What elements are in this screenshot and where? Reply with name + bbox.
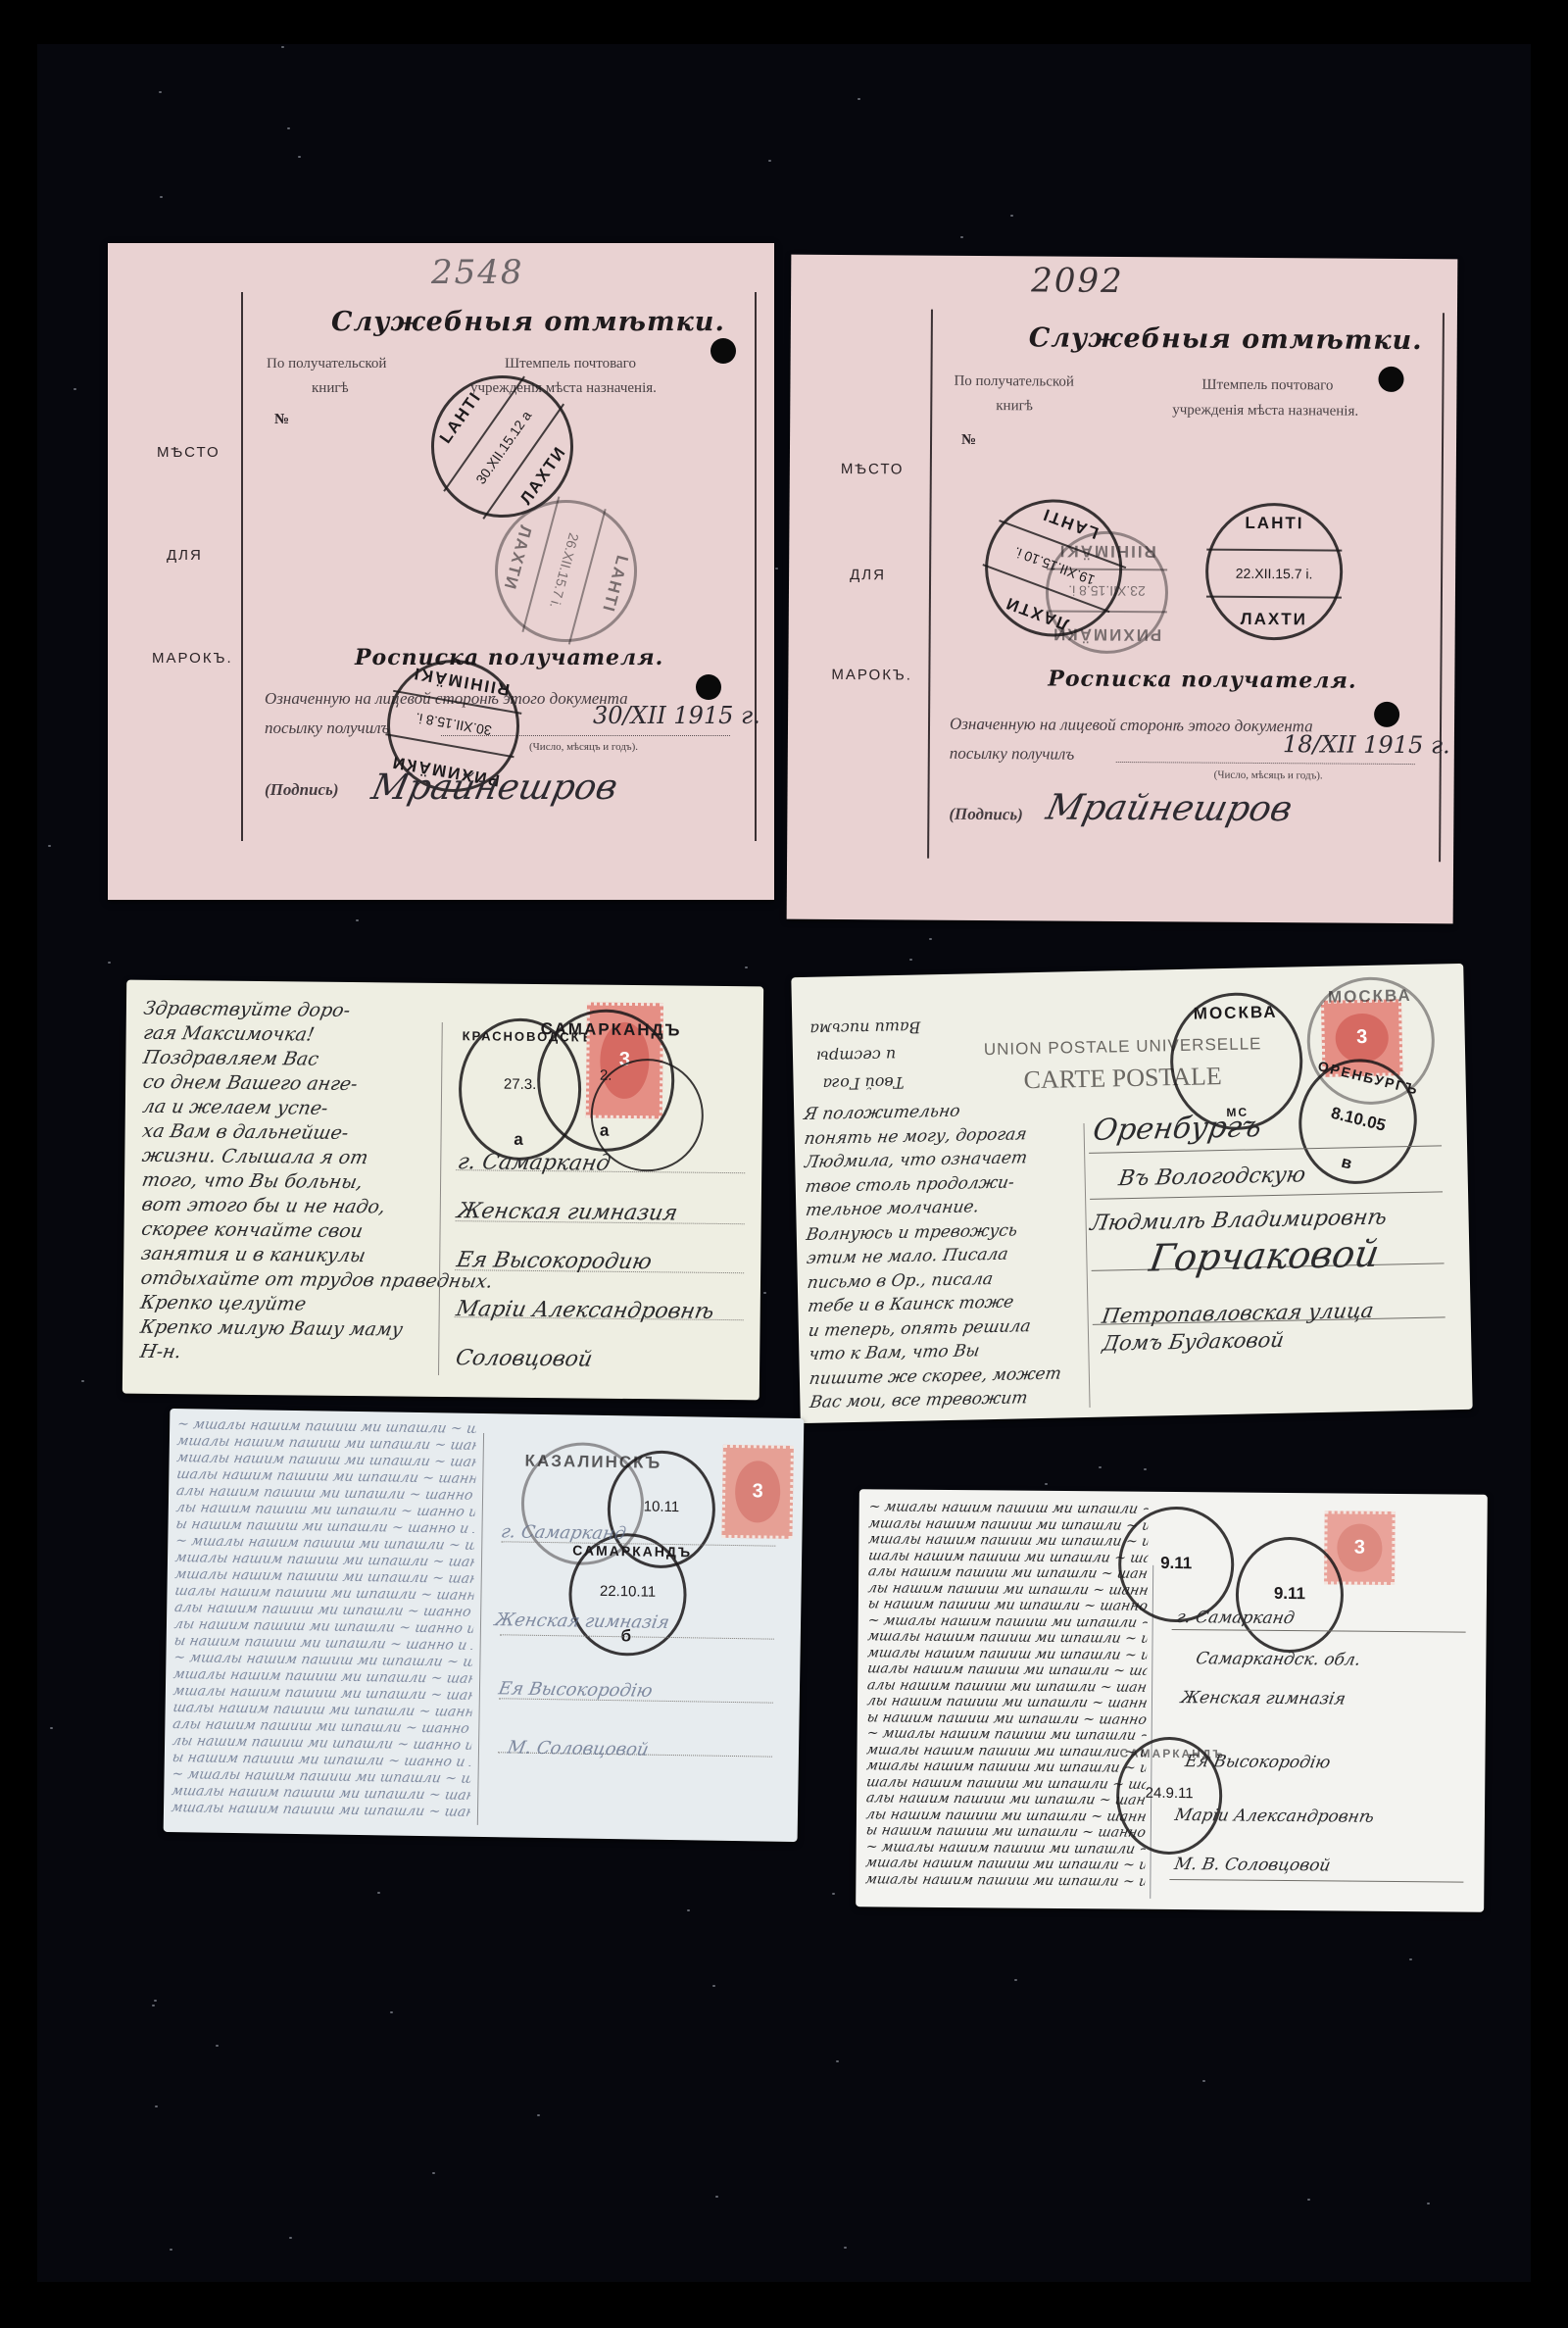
column-divider [241, 292, 243, 841]
address-line-text: г. Самарканд [1175, 1608, 1297, 1628]
handwritten-line: алы нашим пашиш ми шпашли ~ шанно и лмш … [865, 1790, 1148, 1808]
address-line-text: Горчаковой [1147, 1232, 1382, 1280]
address-line-text: Домъ Будаковой [1101, 1328, 1286, 1356]
postmark-riihimaki: РИХИМÄКИ 23.XII.15.8 і. RIIHIMÄKI [1046, 530, 1169, 654]
number-sign: № [274, 412, 289, 428]
dust-speck [1144, 1468, 1147, 1470]
postmark-lahti: LAHTI 22.XII.15.7 і. ЛАХТИ [1205, 503, 1344, 641]
book-label: По получательской [954, 373, 1074, 391]
dust-speck [377, 1892, 380, 1894]
dust-speck [298, 156, 301, 158]
dust-speck [844, 2247, 847, 2249]
handwritten-line: тельное молчание. [805, 1197, 981, 1220]
handwritten-line: Здравствуйте доро- [142, 998, 352, 1021]
dust-speck [836, 2060, 839, 2062]
parcel-receipt-1: 2548 Служебныя отмѣтки. По получательско… [108, 243, 774, 900]
handwritten-line: твое столь продолжи- [804, 1172, 1015, 1197]
dust-speck [1409, 1958, 1412, 1960]
dust-speck [1014, 1979, 1017, 1981]
handwritten-line: алы нашим пашиш ми шпашли ~ шанно и лмш … [866, 1677, 1149, 1695]
handwritten-line-upside-down: и сестры [816, 1046, 897, 1066]
handwritten-line: мшалы нашим пашиш ми шпашли ~ шанно и лм… [864, 1855, 1147, 1872]
handwritten-line: Ея Высокородию [455, 1248, 654, 1274]
serial-number: 2092 [1031, 261, 1124, 301]
handwritten-line-upside-down: Ваши письма [809, 1017, 920, 1038]
handwritten-line: ы нашим пашиш ми шпашли ~ шанно и лмш ш~… [866, 1596, 1149, 1613]
dust-speck [155, 2105, 158, 2107]
handwritten-line: Волнуюсь и тревожусь [805, 1220, 1018, 1245]
label-stamps: МАРОКЪ. [831, 667, 912, 684]
handwritten-line: понять не могу, дорогая [803, 1124, 1028, 1149]
handwritten-line: мшалы нашим пашиш ми шпашли ~ шанно и лм… [171, 1800, 472, 1820]
label-for: ДЛЯ [167, 547, 203, 564]
dust-speck [537, 2114, 540, 2116]
book-label-2: книгѣ [996, 398, 1033, 415]
handwritten-line: Соловцовой [454, 1346, 595, 1371]
dust-speck [687, 1909, 690, 1911]
postmark: 9.11 [1118, 1507, 1235, 1623]
dust-speck [390, 2011, 393, 2013]
dust-speck [712, 1985, 715, 1987]
handwritten-line: лы нашим пашиш ми шпашли ~ шанно и лмш ш… [866, 1693, 1149, 1710]
postmark: 9.11 [1235, 1537, 1344, 1654]
handwritten-line: ~ мшалы нашим пашиш ми шпашли ~ шанно и … [865, 1725, 1148, 1743]
dust-speck [1010, 215, 1013, 217]
handwritten-line: мшалы нашим пашиш ми шпашли ~ шанно и лм… [867, 1531, 1150, 1549]
handwritten-line-upside-down: Твой Гога [822, 1073, 904, 1094]
dust-speck [1045, 1483, 1048, 1485]
right-border [1439, 313, 1445, 862]
signature-label: (Подпись) [265, 780, 338, 800]
handwritten-line: и теперь, опять решила [807, 1316, 1032, 1341]
number-sign: № [961, 432, 976, 449]
dust-speck [832, 1893, 835, 1895]
handwritten-line: занятия и в каникулы [139, 1243, 367, 1266]
postage-stamp-3-kop: 3 [721, 1445, 793, 1539]
handwritten-line: ы нашим пашиш ми шпашли ~ шанно и лмш ш~… [864, 1822, 1147, 1840]
handwritten-line: что к Вам, что Вы [808, 1341, 981, 1364]
punch-hole [710, 338, 736, 364]
handwritten-line: Женская гимназия [455, 1199, 679, 1225]
label-stamps: МАРОКЪ. [152, 650, 233, 667]
date-hint: (Число, мѣсяцъ и годъ). [1214, 769, 1323, 782]
address-line-text: Ея Высокородію [497, 1678, 655, 1701]
address-line-text: Женская гимназія [493, 1610, 671, 1633]
address-line-text: М. В. Соловцовой [1173, 1855, 1333, 1875]
handwritten-line: этим не мало. Писала [806, 1245, 1009, 1268]
divider-line [1083, 1123, 1090, 1408]
handwritten-line: мшалы нашим пашиш ми шпашли ~ шанно и лм… [866, 1645, 1149, 1662]
address-line-text: Петропавловская улица [1101, 1299, 1376, 1328]
handwritten-line: Я положительно [803, 1102, 961, 1124]
handwritten-date: 18/XII 1915 г. [1283, 730, 1450, 759]
address-line-text: г. Самарканд [499, 1521, 627, 1544]
handwritten-line: вот этого бы и не надо, [140, 1194, 387, 1218]
dust-speck [154, 2000, 157, 2002]
address-line-text: Въ Вологодскую [1117, 1163, 1307, 1191]
address-line-text: М. Соловцовой [506, 1737, 651, 1759]
dust-speck [745, 966, 748, 968]
date-line [1116, 762, 1415, 765]
punch-hole [1378, 367, 1403, 392]
handwritten-line: того, что Вы больны, [140, 1169, 365, 1193]
handwritten-line: мшалы нашим пашиш ми шпашли ~ шанно и лм… [865, 1742, 1148, 1759]
postcard-samarkand-2: ~ мшалы нашим пашиш ми шпашли ~ шанно и … [164, 1409, 805, 1842]
handwritten-line: ха Вам в дальнейше- [141, 1120, 351, 1144]
handwritten-line: ла и желаем успе- [141, 1096, 330, 1119]
punch-hole [1374, 702, 1399, 727]
date-hint: (Число, мѣсяцъ и годъ). [529, 741, 638, 753]
dust-speck [909, 959, 912, 961]
dust-speck [48, 845, 51, 847]
handwritten-line: шалы нашим пашиш ми шпашли ~ шанно и лмш… [865, 1774, 1148, 1792]
column-divider [927, 310, 933, 859]
address-line [1090, 1191, 1443, 1200]
postcard-orenburg: UNION POSTALE UNIVERSELLE CARTE POSTALE … [791, 964, 1472, 1423]
handwritten-line: шалы нашим пашиш ми шпашли ~ шанно и лмш… [867, 1548, 1150, 1565]
book-label-2: книгѣ [312, 380, 349, 397]
handwritten-line: Людмила, что означает [804, 1148, 1029, 1172]
dust-speck [432, 2172, 435, 2174]
handwritten-line: гая Максимочка! [142, 1022, 317, 1046]
address-line [1169, 1879, 1463, 1883]
stamp-label: Штемпель почтоваго [505, 356, 636, 372]
address-line-text: Маріи Александровнѣ [1173, 1806, 1376, 1827]
handwritten-line: ~ мшалы нашим пашиш ми шпашли ~ шанно и … [864, 1839, 1147, 1857]
dust-speck [768, 160, 771, 162]
handwritten-line: мшалы нашим пашиш ми шпашли ~ шанно и лм… [865, 1758, 1148, 1775]
handwritten-line: Маріи Александровнѣ [454, 1297, 715, 1324]
recipient-signature: Мрайнешров [1043, 788, 1296, 830]
handwritten-line: лы нашим пашиш ми шпашли ~ шанно и лмш ш… [864, 1807, 1147, 1824]
dust-speck [287, 127, 290, 129]
address-line-text: Оренбургъ [1091, 1110, 1264, 1148]
dust-speck [775, 568, 778, 570]
handwritten-line: скорее кончайте свои [140, 1218, 366, 1242]
divider-line [438, 1022, 443, 1375]
handwritten-line: Крепко милую Вашу маму [138, 1316, 404, 1341]
divider-line [477, 1433, 484, 1825]
dust-speck [1307, 2199, 1310, 2201]
dust-speck [715, 2196, 718, 2198]
receipt-text-2: посылку получилъ [950, 744, 1075, 765]
address-line-text: Ея Высокородію [1184, 1752, 1333, 1772]
stamp-label: Штемпель почтоваго [1201, 377, 1333, 395]
dust-speck [857, 98, 860, 100]
postmark-samarkand: САМАРКАНДЪ 22.10.11 б [568, 1532, 688, 1657]
receipt-heading: Росписка получателя. [1048, 666, 1356, 693]
dust-speck [170, 2249, 172, 2251]
postcard-samarkand-1: Здравствуйте доро-гая Максимочка!Поздрав… [122, 980, 763, 1401]
dust-speck [216, 2045, 219, 2047]
dust-speck [152, 2005, 155, 2006]
stamp-label-2: учрежденія мѣста назначенія. [1172, 402, 1358, 420]
dust-speck [1099, 1466, 1102, 1468]
handwritten-line: г. Самарканд [456, 1150, 612, 1176]
address-line-text: Самаркандск. обл. [1195, 1649, 1363, 1669]
handwritten-line: отдыхайте от трудов праведных. [139, 1267, 495, 1293]
dust-speck [1427, 2203, 1430, 2204]
dust-speck [289, 2237, 292, 2239]
handwritten-line: Вас мои, все тревожит [808, 1388, 1029, 1412]
dust-speck [960, 236, 963, 238]
handwritten-line: мшалы нашим пашиш ми шпашли ~ шанно и лм… [866, 1628, 1149, 1646]
label-place: МѢСТО [841, 461, 905, 477]
handwritten-line: ы нашим пашиш ми шпашли ~ шанно и лмш ш~… [865, 1709, 1148, 1727]
receipt-text-2: посылку получилъ [265, 718, 389, 738]
handwritten-date: 30/XII 1915 г. [593, 702, 760, 729]
dust-speck [763, 1292, 766, 1294]
handwritten-line: тебе и в Каинск тоже [807, 1293, 1015, 1316]
handwritten-line: мшалы нашим пашиш ми шпашли ~ шанно и лм… [867, 1515, 1150, 1533]
handwritten-line: лы нашим пашиш ми шпашли ~ шанно и лмш ш… [867, 1580, 1150, 1598]
receipt-text: Означенную на лицевой сторонѣ этого доку… [950, 715, 1313, 737]
handwritten-line: письмо в Ор., писала [806, 1268, 994, 1292]
dust-speck [281, 46, 284, 48]
label-for: ДЛЯ [850, 567, 886, 583]
address-line-text: Людмилѣ Владимировнѣ [1089, 1206, 1389, 1236]
punch-hole [696, 674, 721, 700]
dust-speck [50, 1727, 53, 1729]
postcard-samarkand-3: ~ мшалы нашим пашиш ми шпашли ~ шанно и … [856, 1489, 1488, 1912]
parcel-receipt-2: 2092 Служебныя отмѣтки. По получательско… [787, 255, 1458, 924]
dust-speck [929, 938, 932, 940]
handwritten-line: ~ мшалы нашим пашиш ми шпашли ~ шанно и … [867, 1499, 1150, 1516]
dust-speck [356, 919, 359, 921]
dust-speck [81, 1380, 84, 1382]
dust-speck [108, 962, 111, 964]
recipient-signature: Мрайнешров [368, 768, 621, 808]
dust-speck [159, 91, 162, 93]
handwritten-line: алы нашим пашиш ми шпашли ~ шанно и лмш … [867, 1563, 1150, 1581]
handwritten-line: шалы нашим пашиш ми шпашли ~ шанно и лмш… [866, 1660, 1149, 1678]
dust-speck [73, 388, 76, 390]
address-line-text: Женская гимназія [1179, 1688, 1347, 1709]
handwritten-line: мшалы нашим пашиш ми шпашли ~ шанно и лм… [864, 1871, 1147, 1889]
handwritten-line: со днем Вашего анге- [141, 1071, 360, 1095]
handwritten-line: жизни. Слышала я от [140, 1145, 369, 1168]
label-place: МѢСТО [157, 444, 220, 461]
serial-number: 2548 [431, 253, 524, 292]
dust-speck [160, 196, 163, 198]
handwritten-line: Крепко целуйте [139, 1292, 308, 1315]
right-border [755, 292, 757, 841]
handwritten-line: пишите же скорее, может [808, 1363, 1062, 1388]
handwritten-line: Поздравляем Вас [141, 1047, 320, 1070]
handwritten-line: ~ мшалы нашим пашиш ми шпашли ~ шанно и … [866, 1612, 1149, 1630]
service-marks-heading: Служебныя отмѣтки. [1029, 322, 1423, 356]
book-label: По получательской [267, 356, 386, 372]
service-marks-heading: Служебныя отмѣтки. [331, 307, 725, 337]
dust-speck [1202, 2080, 1205, 2082]
handwritten-line: Н-н. [138, 1341, 183, 1362]
signature-label: (Подпись) [949, 805, 1023, 825]
